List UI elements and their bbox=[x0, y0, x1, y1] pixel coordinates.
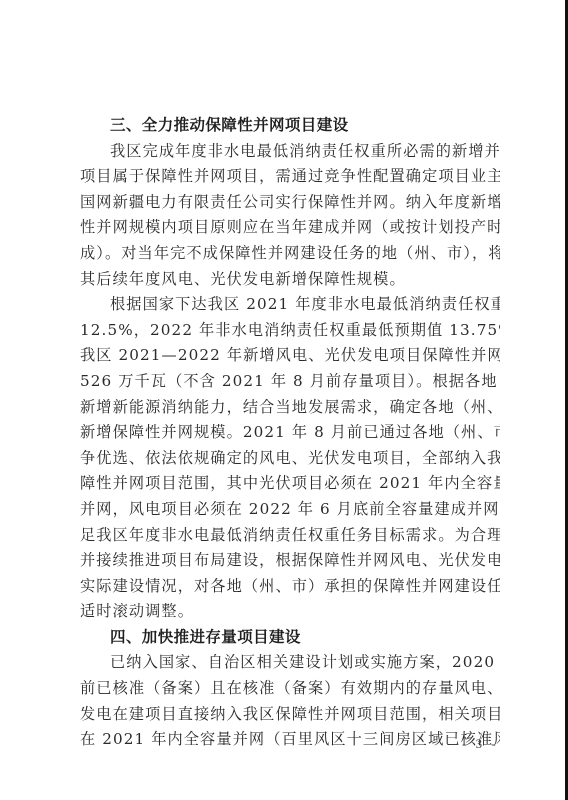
text-line: 并接续推进项目布局建设，根据保障性并网风电、光伏发电项目 bbox=[80, 548, 500, 574]
text-line: 根据国家下达我区 2021 年度非水电最低消纳责任权重 bbox=[80, 292, 500, 318]
text-line: 并网，风电项目必须在 2022 年 6 月底前全容量建成并网，以满 bbox=[80, 497, 500, 523]
section-heading-4: 四、加快推进存量项目建设 bbox=[80, 625, 500, 651]
document-page: 三、全力推动保障性并网项目建设 我区完成年度非水电最低消纳责任权重所必需的新增并… bbox=[80, 113, 500, 753]
text-line: 实际建设情况，对各地（州、市）承担的保障性并网建设任务将 bbox=[80, 574, 500, 600]
text-line: 适时滚动调整。 bbox=[80, 599, 500, 625]
text-line: 发电在建项目直接纳入我区保障性并网项目范围，相关项目必须 bbox=[80, 702, 500, 728]
paragraph-2: 根据国家下达我区 2021 年度非水电最低消纳责任权重 12.5%，2022 年… bbox=[80, 292, 500, 625]
text-line: 新增保障性并网规模。2021 年 8 月前已通过各地（州、市）竞 bbox=[80, 420, 500, 446]
text-line: 我区 2021—2022 年新增风电、光伏发电项目保障性并网规模约 bbox=[80, 343, 500, 369]
section-heading-3: 三、全力推动保障性并网项目建设 bbox=[80, 113, 500, 139]
text-line: 其后续年度风电、光伏发电新增保障性规模。 bbox=[80, 267, 500, 293]
text-line: 在 2021 年内全容量并网（百里风区十三间房区域已核准风电项 bbox=[80, 727, 500, 753]
text-line: 足我区年度非水电最低消纳责任权重任务目标需求。为合理储备 bbox=[80, 523, 500, 549]
paragraph-1: 我区完成年度非水电最低消纳责任权重所必需的新增并网 项目属于保障性并网项目，需通… bbox=[80, 139, 500, 293]
text-line: 我区完成年度非水电最低消纳责任权重所必需的新增并网 bbox=[80, 139, 500, 165]
text-line: 前已核准（备案）且在核准（备案）有效期内的存量风电、光伏 bbox=[80, 676, 500, 702]
text-line: 障性并网项目范围，其中光伏项目必须在 2021 年内全容量建成 bbox=[80, 471, 500, 497]
text-line: 性并网规模内项目原则应在当年建成并网（或按计划投产时间建 bbox=[80, 215, 500, 241]
page-number: - 3 - bbox=[462, 736, 499, 752]
text-line: 国网新疆电力有限责任公司实行保障性并网。纳入年度新增保障 bbox=[80, 190, 500, 216]
text-line: 12.5%，2022 年非水电消纳责任权重最低预期值 13.75%目标， bbox=[80, 318, 500, 344]
text-line: 526 万千瓦（不含 2021 年 8 月前存量项目）。根据各地（州、市） bbox=[80, 369, 500, 395]
text-line: 成）。对当年完不成保障性并网建设任务的地（州、市），将削减 bbox=[80, 241, 500, 267]
text-line: 争优选、依法依规确定的风电、光伏发电项目，全部纳入我区保 bbox=[80, 446, 500, 472]
text-line: 已纳入国家、自治区相关建设计划或实施方案，2020 年底 bbox=[80, 650, 500, 676]
text-line: 项目属于保障性并网项目，需通过竞争性配置确定项目业主，由 bbox=[80, 164, 500, 190]
text-line: 新增新能源消纳能力，结合当地发展需求，确定各地（州、市） bbox=[80, 395, 500, 421]
paragraph-3: 已纳入国家、自治区相关建设计划或实施方案，2020 年底 前已核准（备案）且在核… bbox=[80, 650, 500, 752]
